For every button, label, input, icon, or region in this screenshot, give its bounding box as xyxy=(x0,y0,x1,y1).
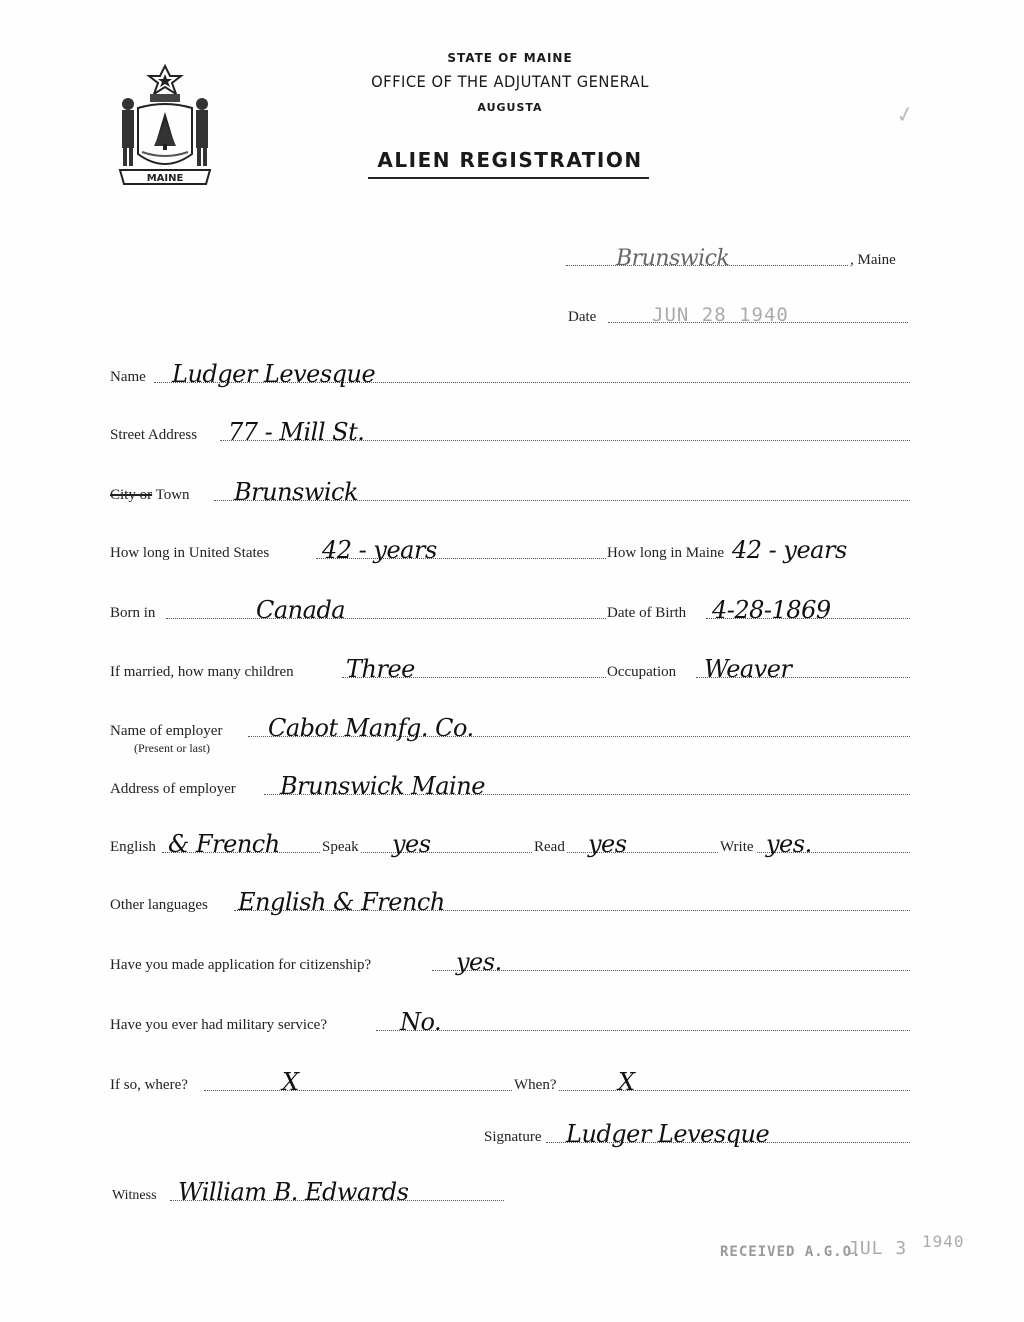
write-label: Write xyxy=(718,839,756,856)
when-value[interactable]: X xyxy=(618,1068,635,1096)
when-label: When? xyxy=(512,1077,558,1094)
date-label: Date xyxy=(568,309,596,326)
citizenship-label: Have you made application for citizenshi… xyxy=(110,957,371,974)
title-underline xyxy=(368,177,649,179)
english-value[interactable]: & French xyxy=(168,830,280,858)
town-value[interactable]: Brunswick xyxy=(234,478,358,506)
witness-field: Witness William B. Edwards xyxy=(112,1180,512,1206)
citizenship-value[interactable]: yes. xyxy=(456,948,502,976)
children-label: If married, how many children xyxy=(110,664,294,681)
place-suffix: , Maine xyxy=(850,252,896,269)
name-value[interactable]: Ludger Levesque xyxy=(172,360,375,388)
city-or-label-struck: City or xyxy=(110,487,152,503)
street-address-field: Street Address 77 - Mill St. xyxy=(110,420,910,446)
residency-row: How long in United States 42 - years How… xyxy=(110,538,910,564)
received-stamp-date: JUL 3 xyxy=(848,1238,907,1259)
date-stamp[interactable]: JUN 28 1940 xyxy=(652,304,789,326)
town-field: City or Town Brunswick xyxy=(110,480,910,506)
where-label: If so, where? xyxy=(110,1077,188,1094)
street-address-label: Street Address xyxy=(110,427,197,444)
signature-label: Signature xyxy=(484,1129,542,1146)
occupation-value[interactable]: Weaver xyxy=(704,655,791,683)
language-skills-row: English & French Speak yes Read yes Writ… xyxy=(110,832,910,858)
received-stamp-year: 1940 xyxy=(922,1232,965,1251)
born-in-label: Born in xyxy=(110,605,155,622)
in-maine-label: How long in Maine xyxy=(607,545,724,562)
born-in-value[interactable]: Canada xyxy=(256,596,345,624)
place-town[interactable]: Brunswick xyxy=(616,246,729,271)
where-value[interactable]: X xyxy=(282,1068,299,1096)
town-label: Town xyxy=(156,487,190,503)
in-us-value[interactable]: 42 - years xyxy=(322,536,437,564)
name-field: Name Ludger Levesque xyxy=(110,362,910,388)
children-value[interactable]: Three xyxy=(346,655,415,683)
state-heading: STATE OF MAINE xyxy=(300,51,720,65)
military-service-label: Have you ever had military service? xyxy=(110,1017,327,1034)
alien-registration-form: MAINE STATE OF MAINE OFFICE OF THE ADJUT… xyxy=(0,0,1024,1322)
employer-address-label: Address of employer xyxy=(110,781,236,798)
dob-value[interactable]: 4-28-1869 xyxy=(712,596,831,624)
signature-value[interactable]: Ludger Levesque xyxy=(566,1120,769,1148)
employer-address-value[interactable]: Brunswick Maine xyxy=(280,772,485,800)
employer-address-field: Address of employer Brunswick Maine xyxy=(110,774,910,800)
english-label: English xyxy=(110,839,156,856)
in-maine-value[interactable]: 42 - years xyxy=(732,536,847,564)
employer-sublabel: (Present or last) xyxy=(134,741,210,756)
other-languages-value[interactable]: English & French xyxy=(238,888,445,916)
date-line: Date JUN 28 1940 xyxy=(568,302,910,328)
maine-seal-icon: MAINE xyxy=(110,64,220,192)
military-service-value[interactable]: No. xyxy=(400,1008,441,1036)
signature-field: Signature Ludger Levesque xyxy=(484,1122,910,1148)
employer-field: Name of employer Cabot Manfg. Co. xyxy=(110,716,910,742)
speak-value[interactable]: yes xyxy=(392,830,431,858)
other-languages-label: Other languages xyxy=(110,897,208,914)
witness-label: Witness xyxy=(112,1188,157,1204)
read-value[interactable]: yes xyxy=(588,830,627,858)
in-us-label: How long in United States xyxy=(110,545,269,562)
service-where-when-row: If so, where? X When? X xyxy=(110,1070,910,1096)
received-stamp-label: RECEIVED A.G.O. xyxy=(720,1244,861,1260)
form-title: ALIEN REGISTRATION xyxy=(300,148,720,172)
speak-label: Speak xyxy=(320,839,361,856)
other-languages-field: Other languages English & French xyxy=(110,890,910,916)
employer-label: Name of employer xyxy=(110,723,222,740)
place-line: Brunswick , Maine xyxy=(566,245,910,271)
street-address-value[interactable]: 77 - Mill St. xyxy=(228,418,364,446)
city-heading: AUGUSTA xyxy=(300,101,720,114)
write-value[interactable]: yes. xyxy=(766,830,812,858)
svg-text:MAINE: MAINE xyxy=(147,173,184,184)
review-check-mark-icon: ✓ xyxy=(893,100,916,129)
dob-label: Date of Birth xyxy=(607,605,686,622)
occupation-label: Occupation xyxy=(607,664,676,681)
office-heading: OFFICE OF THE ADJUTANT GENERAL xyxy=(317,72,703,91)
witness-value[interactable]: William B. Edwards xyxy=(178,1178,408,1206)
name-label: Name xyxy=(110,369,146,386)
birth-row: Born in Canada Date of Birth 4-28-1869 xyxy=(110,598,910,624)
children-occupation-row: If married, how many children Three Occu… xyxy=(110,657,910,683)
employer-value[interactable]: Cabot Manfg. Co. xyxy=(268,714,474,742)
military-service-field: Have you ever had military service? No. xyxy=(110,1010,910,1036)
citizenship-field: Have you made application for citizenshi… xyxy=(110,950,910,976)
read-label: Read xyxy=(532,839,567,856)
